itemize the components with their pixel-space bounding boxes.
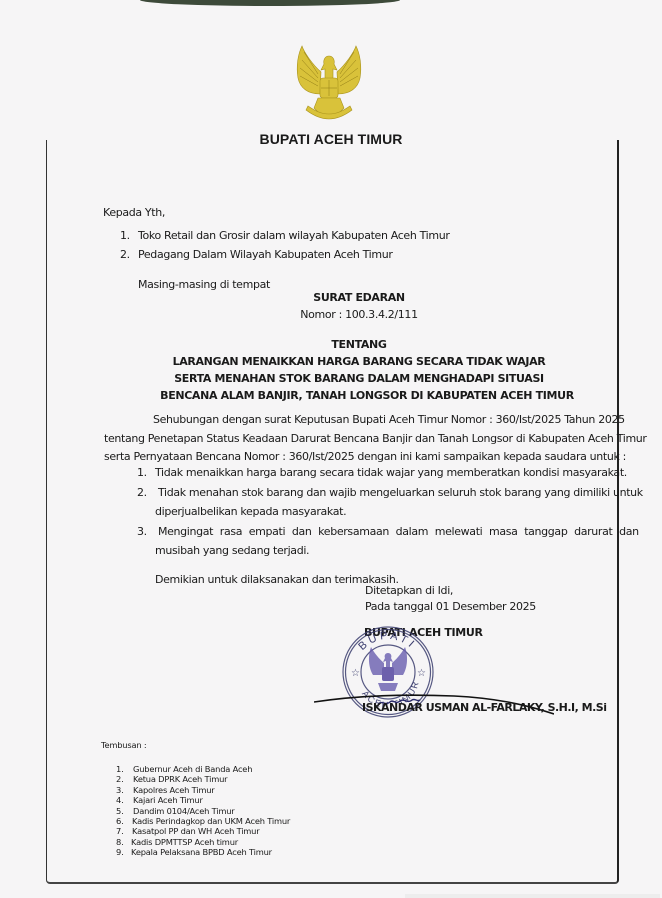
- point-number: 1.: [137, 466, 147, 479]
- garuda-emblem-icon: [290, 44, 368, 124]
- copy-recipient: Kapolres Aceh Timur: [133, 785, 214, 795]
- letterhead-title: BUPATI ACEH TIMUR: [0, 131, 662, 147]
- copy-recipient-number: 8.: [116, 837, 124, 847]
- copy-recipient: Kepala Pelaksana BPBD Aceh Timur: [131, 847, 272, 857]
- copy-recipient-number: 3.: [116, 785, 124, 795]
- body-intro-line: tentang Penetapan Status Keadaan Darurat…: [104, 432, 647, 445]
- copy-recipient: Kasatpol PP dan WH Aceh Timur: [132, 826, 259, 836]
- point-number: 3.: [137, 525, 147, 538]
- subject-line: LARANGAN MENAIKKAN HARGA BARANG SECARA T…: [28, 355, 662, 368]
- copy-recipient: Kajari Aceh Timur: [133, 795, 203, 805]
- subject-line: BENCANA ALAM BANJIR, TANAH LONGSOR DI KA…: [36, 389, 662, 402]
- letter-page: BUPATI ACEH TIMUR Kepada Yth, 1. Toko Re…: [0, 0, 662, 898]
- copy-recipient-number: 2.: [116, 774, 124, 784]
- recipient-item: Toko Retail dan Grosir dalam wilayah Kab…: [138, 229, 450, 242]
- copy-recipient-number: 6.: [116, 816, 124, 826]
- point-text: Tidak menahan stok barang dan wajib meng…: [158, 486, 643, 499]
- recipient-number: 1.: [120, 229, 130, 242]
- recipient-number: 2.: [120, 248, 130, 261]
- recipient-item: Pedagang Dalam Wilayah Kabupaten Aceh Ti…: [138, 248, 393, 261]
- signatory-name: ISKANDAR USMAN AL-FARLAKY, S.H.I, M.Si: [362, 701, 606, 714]
- subject-line: SERTA MENAHAN STOK BARANG DALAM MENGHADA…: [28, 372, 662, 385]
- letter-number: Nomor : 100.3.4.2/111: [28, 308, 662, 321]
- point-text: Tidak menaikkan harga barang secara tida…: [155, 466, 627, 479]
- copy-recipient: Kadis DPMTTSP Aceh timur: [131, 837, 238, 847]
- copy-recipient-number: 9.: [116, 847, 124, 857]
- point-text: musibah yang sedang terjadi.: [155, 544, 309, 557]
- copy-recipient: Ketua DPRK Aceh Timur: [133, 774, 227, 784]
- copy-recipient-number: 7.: [116, 826, 124, 836]
- recipient-location: Masing-masing di tempat: [138, 278, 270, 291]
- point-number: 2.: [137, 486, 147, 499]
- body-intro-line: serta Pernyataan Bencana Nomor : 360/Ist…: [104, 450, 626, 463]
- signing-date: Pada tanggal 01 Desember 2025: [365, 600, 536, 613]
- letter-type: SURAT EDARAN: [28, 291, 662, 304]
- point-text: diperjualbelikan kepada masyarakat.: [155, 505, 346, 518]
- body-intro-line: Sehubungan dengan surat Keputusan Bupati…: [153, 413, 625, 426]
- copies-label: Tembusan :: [101, 740, 146, 750]
- signing-place: Ditetapkan di Idi,: [365, 584, 453, 597]
- subject-label: TENTANG: [28, 338, 662, 351]
- copy-recipient-number: 1.: [116, 764, 124, 774]
- closing-statement: Demikian untuk dilaksanakan dan terimaka…: [155, 573, 399, 586]
- copy-recipient-number: 5.: [116, 806, 124, 816]
- svg-text:☆: ☆: [417, 668, 426, 679]
- copy-recipient: Dandim 0104/Aceh Timur: [133, 806, 235, 816]
- copy-recipient: Gubernur Aceh di Banda Aceh: [133, 764, 252, 774]
- svg-text:☆: ☆: [351, 668, 360, 679]
- copy-recipient-number: 4.: [116, 795, 124, 805]
- point-text: Mengingat rasa empati dan kebersamaan da…: [158, 525, 639, 538]
- copy-recipient: Kadis Perindagkop dan UKM Aceh Timur: [132, 816, 290, 826]
- salutation: Kepada Yth,: [103, 206, 165, 219]
